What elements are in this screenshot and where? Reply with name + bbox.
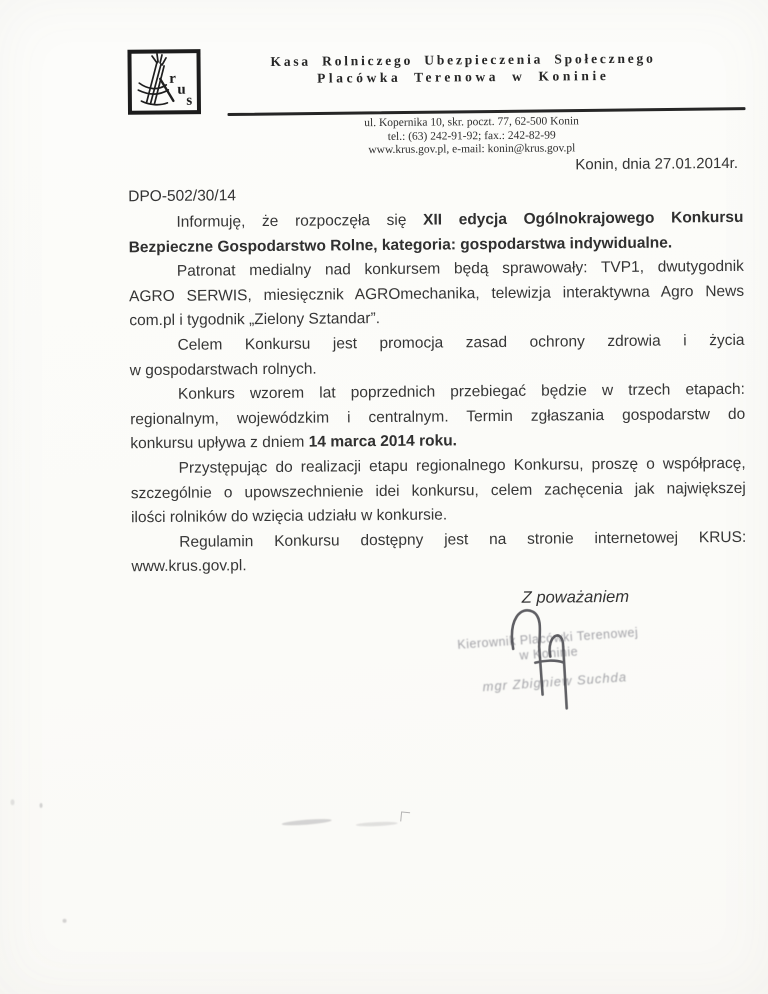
- org-name-line2: Placówka Terenowa w Koninie: [237, 67, 689, 87]
- body-text-bold: 14 marca 2014 roku.: [309, 433, 457, 451]
- logo-letter-u: u: [177, 82, 185, 98]
- body-text: szczególnie o upowszechnienie idei konku…: [131, 479, 746, 501]
- body-text: w gospodarstwach rolnych.: [130, 360, 317, 379]
- body-text: Celem Konkursu jest promocja zasad ochro…: [177, 332, 744, 354]
- date-line: Konin, dnia 27.01.2014r.: [575, 155, 738, 173]
- body-text: konkursu upływa z dniem: [130, 434, 308, 453]
- body-text: www.krus.gov.pl.: [131, 558, 246, 576]
- org-name: Kasa Rolniczego Ubezpieczenia Społeczneg…: [237, 50, 689, 87]
- contact-block: ul. Kopernika 10, skr. poczt. 77, 62-500…: [316, 115, 628, 158]
- letter-content: r u s Kasa Rolniczego Ubezpieczenia Społ…: [0, 0, 768, 994]
- body-text: regionalnym, wojewódzkim i centralnym. T…: [130, 406, 745, 428]
- body-text: Informuję, że rozpoczęła się: [176, 212, 423, 231]
- reference-number: DPO-502/30/14: [128, 187, 236, 206]
- krus-logo-emblem: r u s: [127, 49, 202, 116]
- body-text: ilości rolników do wzięcia udziału w kon…: [131, 507, 447, 527]
- handwritten-signature: [505, 602, 596, 721]
- body-text: AGRO SERWIS, miesięcznik AGROmechanika, …: [129, 283, 744, 305]
- scan-smudge: [282, 818, 332, 827]
- logo-letter-s: s: [186, 93, 192, 109]
- scan-speck: [63, 919, 67, 923]
- krus-logo: r u s: [127, 49, 202, 116]
- scan-smudge: [356, 821, 398, 827]
- body-text: Przystępując do realizacji etapu regiona…: [179, 455, 746, 477]
- body-text: com.pl i tygodnik „Zielony Sztandar”.: [129, 310, 380, 329]
- body-text: Konkurs wzorem lat poprzednich przebiega…: [178, 381, 745, 403]
- scan-speck: [10, 799, 14, 805]
- logo-letter-r: r: [169, 71, 176, 87]
- scan-mark: [400, 811, 410, 822]
- body-text-bold: Bezpieczne Gospodarstwo Rolne, kategoria…: [129, 234, 673, 256]
- body-text: Patronat medialny nad konkursem będą spr…: [177, 258, 744, 280]
- body-line: www.krus.gov.pl.: [131, 550, 746, 580]
- letter-body: Informuję, że rozpoczęła się XII edycja …: [128, 206, 746, 580]
- body-text-bold: XII edycja Ogólnokrajowego Konkursu: [423, 209, 744, 229]
- scanned-letter-page: r u s Kasa Rolniczego Ubezpieczenia Społ…: [0, 0, 768, 994]
- body-text: Regulamin Konkursu dostępny jest na stro…: [179, 529, 746, 551]
- scan-speck: [40, 803, 43, 808]
- letterhead-rule: [228, 107, 746, 116]
